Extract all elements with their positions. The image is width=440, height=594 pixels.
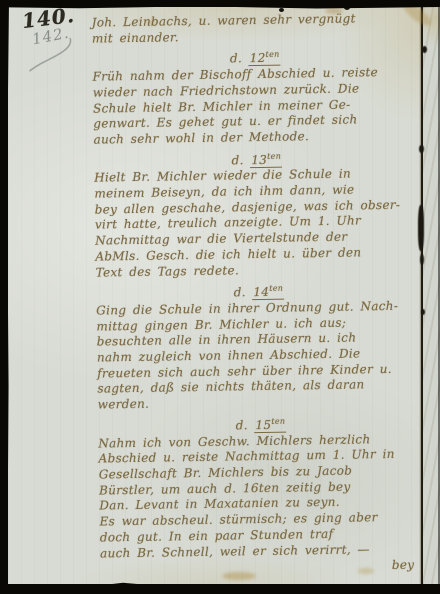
diary-entry: d. 13ten Hielt Br. Michler wieder die Sc… [94, 146, 422, 281]
diary-entry: d. 15ten Nahm ich von Geschw. Michlers h… [98, 411, 426, 561]
date-number: 13ten [250, 152, 282, 167]
date-number: 15ten [254, 417, 286, 432]
ink-blot [422, 46, 427, 53]
diary-entry: Joh. Leinbachs, u. waren sehr vergnügt m… [92, 10, 418, 47]
ink-speck [279, 8, 284, 12]
manuscript-text: Joh. Leinbachs, u. waren sehr vergnügt m… [92, 10, 427, 578]
ink-blot [421, 309, 425, 315]
scanned-manuscript: 140. 142. Joh. Leinbachs, u. waren sehr … [0, 0, 440, 594]
pencil-flourish-stroke [12, 24, 92, 84]
diary-entry: d. 14ten Ging die Schule in ihrer Ordnun… [96, 279, 424, 414]
date-prefix: d. [230, 52, 249, 66]
ink-blot [420, 254, 424, 265]
ink-blot [418, 205, 424, 251]
ink-blot [419, 145, 424, 153]
diary-entry: d. 12ten Früh nahm der Bischoff Abschied… [92, 45, 420, 148]
date-prefix: d. [231, 153, 250, 167]
date-prefix: d. [234, 285, 253, 299]
scan-border-left [0, 0, 9, 594]
date-number: 12ten [249, 51, 281, 66]
date-prefix: d. [236, 418, 255, 432]
date-number: 14ten [252, 285, 284, 300]
